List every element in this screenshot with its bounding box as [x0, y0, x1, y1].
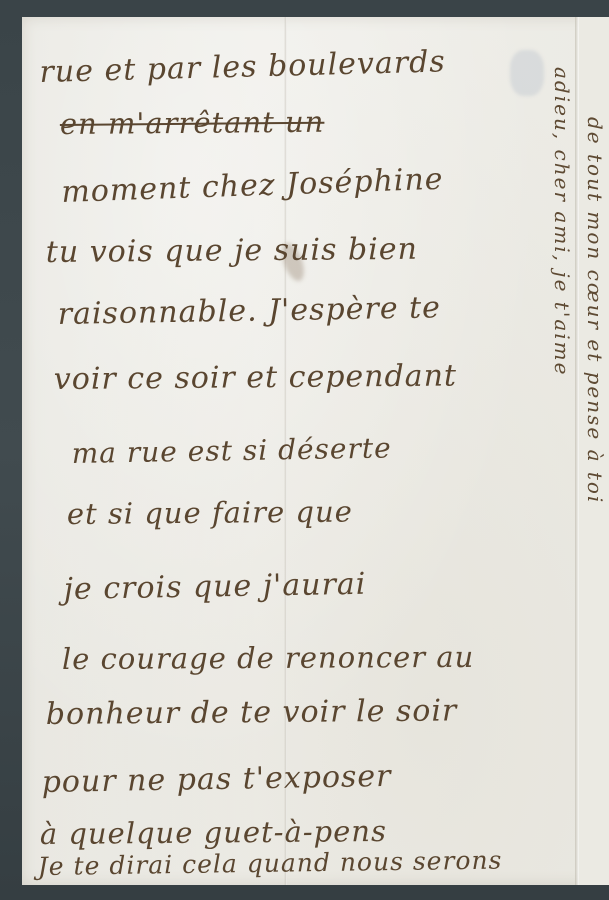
letter-line-13: à quelque guet-à-pens [40, 814, 387, 851]
letter-line-5: raisonnable. J'espère te [57, 290, 441, 332]
letter-line-14: Je te dirai cela quand nous serons [38, 846, 503, 881]
letter-line-10: le courage de renoncer au [62, 640, 475, 676]
letter-line-12: pour ne pas t'exposer [41, 759, 391, 800]
letter-line-11: bonheur de te voir le soir [46, 693, 458, 732]
scan-background: rue et par les boulevards en m'arrêtant … [0, 0, 609, 900]
margin-text-inner: adieu, cher ami, je t'aime [550, 67, 574, 376]
letter-line-7: ma rue est si déserte [71, 431, 392, 470]
letter-page: rue et par les boulevards en m'arrêtant … [22, 17, 609, 885]
letter-line-4: tu vois que je suis bien [46, 232, 418, 270]
margin-text-outer: de tout mon cœur et pense à toi [583, 117, 607, 504]
letter-line-6: voir ce soir et cependant [54, 358, 457, 397]
letter-line-3: moment chez Joséphine [61, 162, 444, 210]
letter-line-8: et si que faire que [67, 495, 353, 531]
letter-line-2: en m'arrêtant un [60, 105, 325, 141]
embossed-stamp-icon [510, 50, 544, 96]
letter-line-9: je crois que j'aurai [63, 567, 366, 607]
right-fold-crease [575, 17, 579, 885]
letter-line-1: rue et par les boulevards [39, 44, 446, 90]
